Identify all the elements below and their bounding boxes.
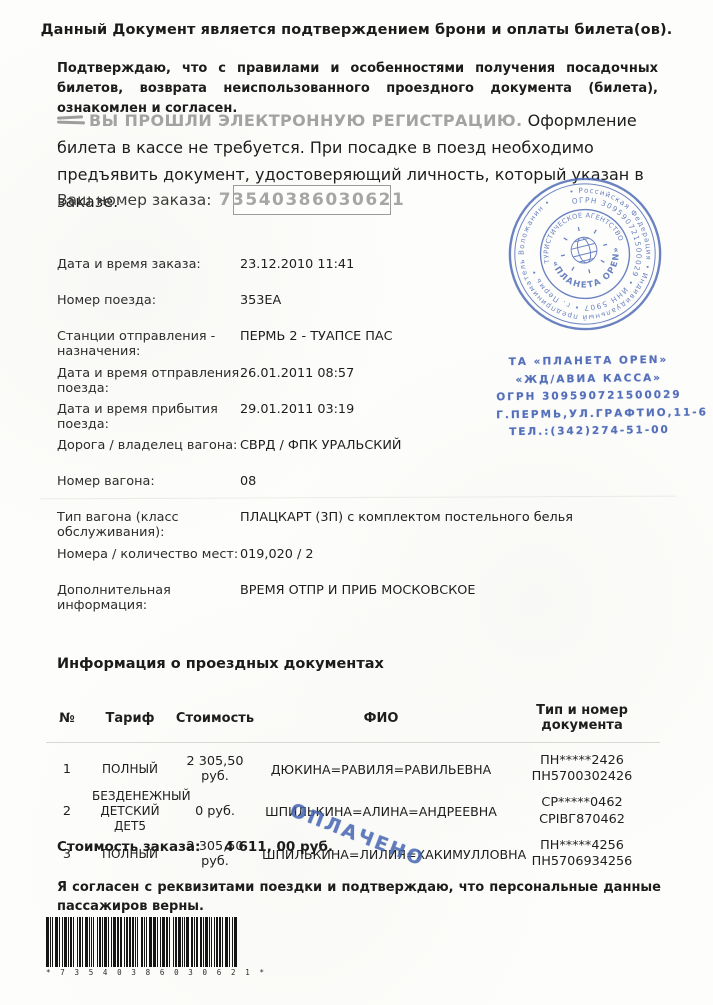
detail-label: Дополнительная информация: [57,583,240,613]
ticket-passenger-name: ДЮКИНА=РАВИЛЯ=РАВИЛЬЕВНА [262,762,500,777]
tickets-section-title: Информация о проездных документах [57,656,384,672]
detail-label: Станции отправления - назначения: [57,329,240,359]
detail-label: Дата и время прибытия поезда: [57,402,240,432]
order-total-row: Стоимость заказа: 4 611, 00 руб. [57,839,333,855]
detail-label: Дата и время заказа: [57,257,240,272]
col-header-doc: Тип и номер документа [504,703,660,733]
order-total-value: 4 611, 00 руб. [224,839,333,855]
addr-stamp-line: ТЕЛ.:(342)274-51-00 [496,422,682,442]
ticket-document: ПН*****4256 ПН5706934256 [504,838,660,871]
detail-value: 29.01.2011 03:19 [240,402,354,417]
ticket-doc-masked: ПН*****4256 [504,838,660,855]
col-header-price: Стоимость [172,711,258,726]
detail-value: СВРД / ФПК УРАЛЬСКИЙ [240,438,402,453]
detail-label: Дорога / владелец вагона: [57,438,240,453]
ticket-doc-number: ПН5706934256 [504,854,660,871]
addr-stamp-line: ТА «ПЛАНЕТА OPEN» [495,352,681,372]
barcode-bars [46,917,267,967]
ticket-doc-masked: СР*****0462 [504,795,660,812]
detail-value: 23.12.2010 11:41 [240,257,354,272]
detail-label: Номера / количество мест: [57,547,240,562]
detail-value: 08 [240,474,256,489]
ticket-tariff: ПОЛНЫЙ [92,762,168,777]
detail-value: 019,020 / 2 [240,547,314,562]
e-registration-highlight: ВЫ ПРОШЛИ ЭЛЕКТРОННУЮ РЕГИСТРАЦИЮ. [89,111,523,130]
ticket-doc-number: СРIВГ870462 [504,812,660,829]
detail-label: Номер вагона: [57,474,240,489]
ticket-row: 1 ПОЛНЫЙ 2 305,50 руб. ДЮКИНА=РАВИЛЯ=РАВ… [46,749,660,789]
col-header-num: № [46,711,88,726]
ticket-tariff: БЕЗДЕНЕЖНЫЙ ДЕТСКИЙ ДЕТ5 [92,789,168,834]
ticket-price: 0 руб. [172,804,258,819]
scanned-ticket-confirmation: Данный Документ является подтверждением … [0,0,713,1005]
ticket-price: 2 305,50 руб. [172,754,258,784]
detail-row: Тип вагона (класс обслуживания): ПЛАЦКАР… [57,507,663,543]
ticket-num: 1 [46,762,88,777]
ticket-document: СР*****0462 СРIВГ870462 [504,795,660,828]
detail-value: 353ЕА [240,293,281,308]
globe-icon [555,221,613,279]
e-registration-mark-icon [57,115,85,126]
order-number-value: 73540386030621 [233,185,391,215]
ticket-num: 2 [46,804,88,819]
tickets-table-header: № Тариф Стоимость ФИО Тип и номер докуме… [46,703,660,743]
agency-address-stamp: ТА «ПЛАНЕТА OPEN» «ЖД/АВИА КАССА» ОГРН 3… [495,352,682,442]
detail-row: Номер вагона: 08 [57,471,663,507]
detail-row: Дополнительная информация: ВРЕМЯ ОТПР И … [57,580,663,616]
ticket-doc-number: ПН5700302426 [504,769,660,786]
tickets-table-body: 1 ПОЛНЫЙ 2 305,50 руб. ДЮКИНА=РАВИЛЯ=РАВ… [46,749,660,874]
ticket-document: ПН*****2426 ПН5700302426 [504,753,660,786]
order-number-label: Ваш номер заказа: [57,191,211,209]
detail-row: Номера / количество мест: 019,020 / 2 [57,544,663,580]
detail-value: 26.01.2011 08:57 [240,366,354,381]
barcode: * 7 3 5 4 0 3 8 6 0 3 0 6 2 1 * [46,917,267,977]
detail-label: Тип вагона (класс обслуживания): [57,510,240,540]
detail-value: ПЛАЦКАРТ (3П) с комплектом постельного б… [240,510,573,525]
agreement-paragraph: Я согласен с реквизитами поездки и подтв… [57,878,661,916]
addr-stamp-line: ОГРН 309590721500029 [496,387,682,407]
detail-label: Номер поезда: [57,293,240,308]
document-title: Данный Документ является подтверждением … [0,22,713,38]
detail-value: ВРЕМЯ ОТПР И ПРИБ МОСКОВСКОЕ [240,583,475,598]
order-total-label: Стоимость заказа: [57,839,200,855]
ticket-doc-masked: ПН*****2426 [504,753,660,770]
col-header-tariff: Тариф [92,711,168,726]
detail-value: ПЕРМЬ 2 - ТУАПСЕ ПАС [240,329,393,344]
col-header-name: ФИО [262,711,500,726]
barcode-digits: * 7 3 5 4 0 3 8 6 0 3 0 6 2 1 * [46,968,267,977]
detail-label: Дата и время отправления поезда: [57,366,240,396]
